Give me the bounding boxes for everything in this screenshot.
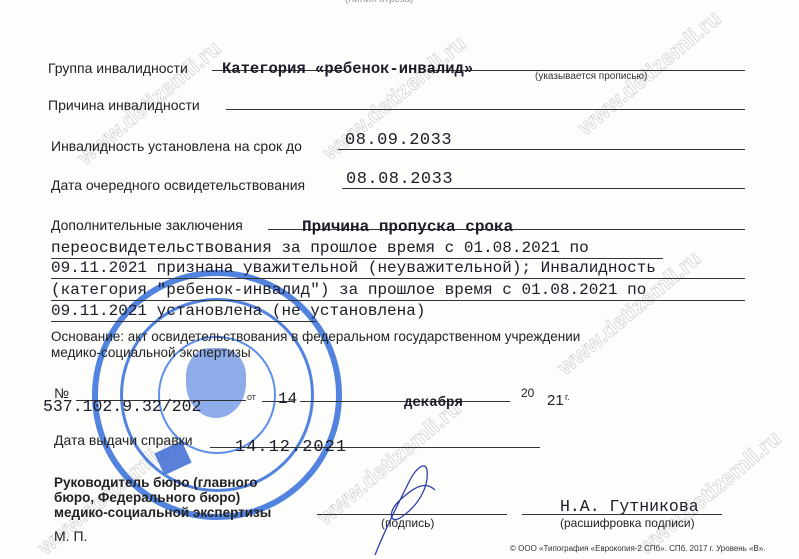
act-from-label: от <box>247 392 256 402</box>
header-hint: (линия отреза) <box>345 0 413 5</box>
reason-underline <box>226 109 745 110</box>
group-value: Категория «ребенок-инвалид» <box>222 60 473 78</box>
printer-footer: © ООО «Типография «Еврокопия-2 СПб». СПб… <box>510 544 766 553</box>
watermark: www.detizemli.ru <box>633 426 787 559</box>
additional-underline <box>51 321 316 322</box>
issue-date-value: 14.12.2021 <box>235 438 347 457</box>
term-label: Инвалидность установлена на срок до <box>51 138 302 154</box>
position-line-2: бюро, Федерального бюро) <box>54 490 240 506</box>
act-day-value: 14 <box>278 390 297 408</box>
act-month-value: декабря <box>404 395 463 411</box>
additional-line-3: 09.11.2021 признана уважительной (неуваж… <box>51 259 656 277</box>
additional-line-4: (категория "ребенок-инвалид") за прошлое… <box>51 281 646 299</box>
term-value: 08.09.2033 <box>345 131 452 150</box>
additional-underline <box>51 278 745 279</box>
basis-line-2: медико-социальной экспертизы <box>51 345 251 360</box>
next-exam-value: 08.08.2033 <box>346 170 453 189</box>
issue-date-label: Дата выдачи справки <box>54 432 193 448</box>
position-line-1: Руководитель бюро (главного <box>54 475 258 491</box>
position-line-3: медико-социальной экспертизы <box>54 505 271 521</box>
signer-name: Н.А. Гутникова <box>560 497 699 516</box>
group-hint: (указывается прописью) <box>535 71 647 82</box>
reason-label: Причина инвалидности <box>48 97 200 113</box>
next-exam-label: Дата очередного освидетельствования <box>51 177 305 193</box>
additional-line-1: Причина пропуска срока <box>302 218 513 236</box>
signature-hint: (подпись) <box>381 516 434 530</box>
stamp-place-label: М. П. <box>54 528 87 544</box>
name-hint: (расшифровка подписи) <box>560 516 695 530</box>
act-year-prefix: 20 <box>521 386 534 400</box>
additional-line-5: 09.11.2021 установлена (не установлена) <box>51 302 425 320</box>
basis-line-1: Основание: акт освидетельствования в фед… <box>51 329 580 344</box>
act-number-value: 537.102.9.32/202 <box>43 397 201 416</box>
additional-label: Дополнительные заключения <box>51 217 243 233</box>
additional-line-2: переосвидетельствования за прошлое время… <box>51 239 589 257</box>
additional-underline <box>51 300 745 301</box>
group-label: Группа инвалидности <box>48 60 188 76</box>
handwritten-signature-icon <box>365 450 445 559</box>
act-year-abbr: г. <box>565 392 570 402</box>
act-year-suffix: 21 <box>547 392 564 409</box>
